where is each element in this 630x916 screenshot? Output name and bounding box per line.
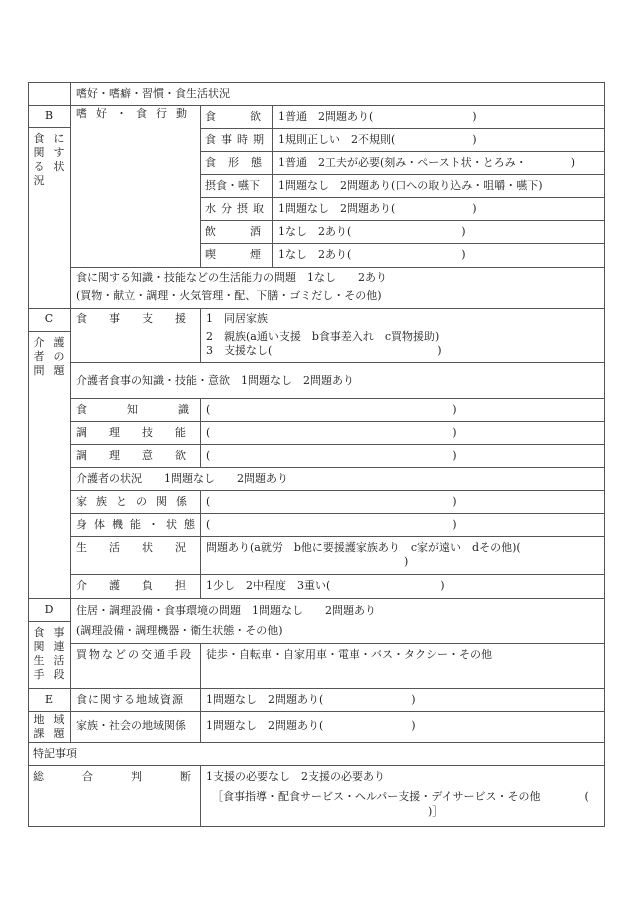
cooking-motivation-label: 調理意欲: [76, 449, 208, 463]
support-option-3[interactable]: 3 支援なし( ): [206, 344, 442, 358]
food-knowledge-value[interactable]: ( ): [206, 403, 457, 417]
meal-support-label: 食事支援: [76, 312, 208, 326]
appetite-value[interactable]: 1普通 2問題あり( ): [278, 110, 477, 124]
physical-function-label: 身体機能・状態: [76, 518, 202, 532]
family-relation-value[interactable]: ( ): [206, 495, 457, 509]
section-d-title: 食 事 関 連 生 活 手 段: [31, 626, 67, 682]
community-relations-value[interactable]: 1問題なし 2問題あり( ): [206, 719, 416, 733]
meal-timing-label: 食事時期: [205, 133, 269, 147]
care-burden-value[interactable]: 1少し 2中程度 3重い( ): [206, 579, 445, 593]
cooking-skill-label: 調理技能: [76, 426, 208, 440]
overall-line1[interactable]: 1支援の必要なし 2支援の必要あり: [206, 770, 385, 784]
environment-line1[interactable]: 住居・調理設備・食事環境の問題 1問題なし 2問題あり: [76, 604, 376, 618]
preference-behavior-label: 嗜好・食行動: [76, 107, 196, 121]
section-e-title: 地 域 課 題: [31, 713, 67, 741]
transport-label: 買物などの交通手段: [76, 648, 193, 662]
swallowing-value[interactable]: 1問題なし 2問題あり(口への取り込み・咀嚼・嚥下): [278, 179, 543, 193]
drinking-value[interactable]: 1なし 2あり( ): [278, 225, 466, 239]
transport-value[interactable]: 徒歩・自転車・自家用車・電車・バス・タクシー・その他: [206, 648, 492, 662]
community-relations-label: 家族・社会の地域関係: [76, 719, 186, 733]
living-status-label: 生活状況: [76, 541, 208, 555]
support-option-1[interactable]: 1 同居家族: [206, 312, 268, 326]
swallowing-label: 摂食・嚥下: [205, 179, 260, 193]
water-intake-value[interactable]: 1問題なし 2問題あり( ): [278, 202, 477, 216]
support-option-2[interactable]: 2 親族(a通い支援 b食事差入れ c買物援助): [206, 330, 439, 344]
overall-line2[interactable]: ［食事指導・配食サービス・ヘルパー支援・デイサービス・その他 (: [212, 790, 589, 804]
life-ability-line2: (買物・献立・調理・火気管理・配、下膳・ゴミだし・その他): [76, 289, 382, 303]
meal-timing-value[interactable]: 1規則正しい 2不規則( ): [278, 133, 477, 147]
physical-function-value[interactable]: ( ): [206, 518, 457, 532]
overall-judgment-label: 総合判断: [33, 770, 229, 784]
section-e-code: E: [27, 693, 71, 707]
water-intake-label: 水分摂取: [205, 202, 269, 216]
smoking-value[interactable]: 1なし 2あり( ): [278, 248, 466, 262]
caregiver-knowledge-line[interactable]: 介護者食事の知識・技能・意欲 1問題なし 2問題あり: [76, 374, 354, 388]
food-form-value[interactable]: 1普通 2工夫が必要(刻み・ペースト状・とろみ・ ): [278, 156, 575, 170]
family-relation-label: 家族との関係: [76, 495, 196, 509]
section-b-code: B: [27, 109, 71, 123]
life-ability-line1[interactable]: 食に関する知識・技能などの生活能力の問題 1なし 2あり: [76, 271, 387, 285]
care-burden-label: 介護負担: [76, 579, 208, 593]
environment-line2: (調理設備・調理機器・衛生状態・その他): [76, 624, 283, 638]
food-form-label: 食形態: [205, 156, 274, 170]
local-resources-label: 食に関する地域資源: [76, 693, 184, 707]
special-notes-label: 特記事項: [33, 747, 77, 761]
overall-line3: )］: [428, 805, 443, 819]
cooking-motivation-value[interactable]: ( ): [206, 449, 457, 463]
section-c-title: 介 護 者 の 問 題: [31, 336, 67, 378]
living-status-value-close: ): [404, 555, 408, 569]
section-d-code: D: [27, 603, 71, 617]
living-status-value[interactable]: 問題あり(a就労 b他に要援護家族あり c家が遠い dその他)(: [206, 541, 521, 555]
section-b-title: 食 に 関 す る 状 況: [31, 132, 67, 188]
caregiver-status-line[interactable]: 介護者の状況 1問題なし 2問題あり: [76, 472, 288, 486]
header-title: 嗜好・嗜癖・習慣・食生活状況: [76, 87, 230, 101]
section-c-code: C: [27, 312, 71, 326]
local-resources-value[interactable]: 1問題なし 2問題あり( ): [206, 693, 416, 707]
cooking-skill-value[interactable]: ( ): [206, 426, 457, 440]
